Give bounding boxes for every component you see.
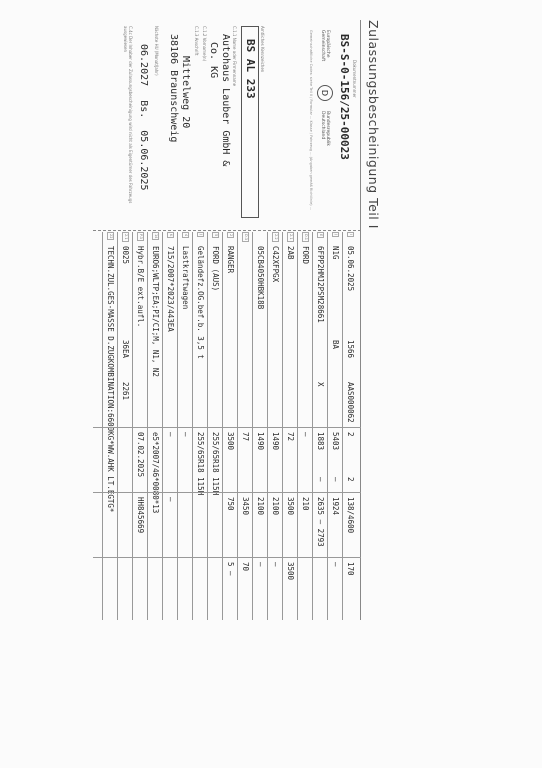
- cell-code: K: [167, 232, 174, 238]
- cell-r3: 3450: [238, 497, 252, 515]
- cell-r1: 1490: [253, 432, 267, 450]
- cell-code: I: [347, 232, 354, 237]
- cell-r4: 3500: [283, 562, 297, 580]
- table-row: 2.12AB7235003500: [282, 232, 297, 620]
- cell-c3: X: [313, 382, 327, 387]
- cell-r1: 72: [283, 432, 297, 441]
- table-row: K715/2007*2023/443EA––: [162, 232, 177, 620]
- cell-r4: –: [328, 562, 342, 567]
- cell-r1: –: [163, 432, 177, 437]
- cell-r4: 170: [343, 562, 357, 576]
- ownership-note: C.4c Der Inhaber der Zulassungsbescheini…: [123, 26, 133, 216]
- cell-r1: 07.02.2025: [133, 432, 147, 477]
- table-row: D.377345070: [237, 232, 252, 620]
- table-row: D.1FORD–210: [297, 232, 312, 620]
- cell-left: Lastkraftwagen: [178, 246, 192, 309]
- table-row: 22TECHN.ZUL.GES-MASSE D.ZUGKOMBINATION:6…: [102, 232, 117, 620]
- cell-r1: 2: [343, 432, 357, 437]
- column-divider: [93, 492, 361, 493]
- cell-r4: 5 –: [223, 562, 237, 576]
- cell-code: 2.2: [272, 232, 279, 242]
- column-divider: [93, 427, 361, 428]
- cell-r3: 750: [223, 497, 237, 511]
- cell-left: 2AB: [283, 246, 297, 260]
- column-divider: [93, 557, 361, 558]
- cell-left: FORD (AUS): [208, 246, 222, 291]
- cell-code: J: [332, 232, 339, 237]
- reference-number: BS-S-0-156/25-00023: [338, 34, 351, 160]
- cell-r3: 2100: [253, 497, 267, 515]
- document-title: Zulassungsbescheinigung Teil I: [366, 20, 381, 229]
- holder-name-label: C.1.1 Name oder Firmenname: [232, 26, 237, 86]
- cell-left: RANGER: [223, 246, 237, 273]
- cell-r2: 2: [343, 477, 357, 482]
- table-row: P.3Hybr.B/E ext.aufl.07.02.2025HH845669: [132, 232, 147, 620]
- table-row: 05CB4050HBK18B14902100–: [252, 232, 267, 620]
- first-name-label: C.1.2 Vorname(n): [202, 26, 207, 61]
- holder-name: Autohaus Lauber GmbH & Co. KG: [207, 34, 231, 166]
- table-row: 14EURO6;WLTP;EA;PI/CI;M, N1, N2e5*2007/4…: [147, 232, 162, 620]
- reference-label: Dokumentnummer: [352, 60, 357, 98]
- table-row: I05.06.20251566AAS00006222138/4600170: [342, 232, 357, 620]
- cell-left: Geländefz.OG.bef.b. 3,5 t: [193, 246, 207, 359]
- cell-r4: –: [268, 562, 282, 567]
- next-inspection-label: Nächste HU (Monat/Jahr): [154, 26, 159, 76]
- cell-r1: 5403: [328, 432, 342, 450]
- holder-panel: Dokumentnummer BS-S-0-156/25-00023 Europ…: [93, 20, 363, 230]
- table-row: 2.1002536EA2261: [117, 232, 132, 620]
- issue-date: 05.06.2025: [138, 130, 149, 190]
- cell-left: 0025: [118, 246, 132, 264]
- cell-left: Hybr.B/E ext.aufl.: [133, 246, 147, 327]
- cell-r3: 210: [298, 497, 312, 511]
- cell-code: P.3: [137, 232, 144, 241]
- cell-r3: –: [163, 497, 177, 502]
- cell-r4: –: [253, 562, 267, 567]
- vehicle-data-table: I05.06.20251566AAS00006222138/4600170JN1…: [93, 232, 361, 620]
- cell-r2: –: [328, 477, 342, 482]
- plate-label: Amtliches Kennzeichen: [260, 26, 265, 72]
- address-label: C.1.3 Anschrift: [194, 26, 199, 55]
- cell-c2: BA: [328, 340, 342, 349]
- cell-code: 2.1: [122, 232, 129, 242]
- cell-c2: 36EA: [118, 340, 132, 358]
- address-line-1: Mittelweg 20: [179, 56, 191, 142]
- table-row: 2.2C42XFPGX14902100–: [267, 232, 282, 620]
- issue-place: Bs.: [138, 100, 149, 118]
- cell-code: 14: [152, 232, 159, 240]
- cell-left: 05.06.2025: [343, 246, 357, 291]
- license-plate: BS AL 233: [241, 26, 259, 218]
- cell-r3: 2635 – 2793: [313, 497, 327, 547]
- cell-r1: –: [298, 432, 312, 437]
- cell-r3: 2100: [268, 497, 282, 515]
- cell-left: TECHN.ZUL.GES-MASSE D.ZUGKOMBINATION:660…: [103, 246, 117, 512]
- table-row: 5FORD (AUS)255/65R18 115H: [207, 232, 222, 620]
- holder-line-2: Co. KG: [207, 34, 219, 166]
- cell-left: EURO6;WLTP;EA;PI/CI;M, N1, N2: [148, 246, 162, 377]
- table-row: E6FPP2HMJ2PSM28661X1883–2635 – 2793: [312, 232, 327, 620]
- cell-code: J: [197, 232, 204, 237]
- cell-code: 22: [107, 232, 114, 240]
- cell-c3: 2261: [118, 382, 132, 400]
- holder-address: Mittelweg 20 38106 Braunschweig: [167, 56, 191, 142]
- cell-c2: 1566: [343, 340, 357, 358]
- cell-code: D.1: [302, 232, 309, 242]
- perforation-line: [93, 230, 361, 231]
- cell-r1: 1883: [313, 432, 327, 450]
- cell-r3: HH845669: [133, 497, 147, 533]
- next-inspection: 06.2027: [138, 44, 149, 86]
- cell-r3: 138/4600: [343, 497, 357, 533]
- holder-line-1: Autohaus Lauber GmbH &: [219, 34, 231, 166]
- cell-c3: AAS000062: [343, 382, 357, 423]
- country-left-text: Europäische Gemeinschaft: [320, 30, 330, 75]
- cell-r3: 3500: [283, 497, 297, 515]
- cell-r1: –: [178, 432, 192, 437]
- country-mark: Europäische Gemeinschaft D Bundesrepubli…: [317, 30, 333, 156]
- cell-r1: 77: [238, 432, 252, 441]
- cell-code: 2.1: [287, 232, 294, 242]
- cell-code: D.3: [242, 232, 249, 242]
- cell-r2: –: [313, 477, 327, 482]
- cell-code: 5: [212, 232, 219, 238]
- table-row: JN1GBA5403–1924–: [327, 232, 342, 620]
- inspection-and-issue: 06.2027 Bs. 05.06.2025: [138, 44, 149, 191]
- table-row: 2RANGER35007505 –: [222, 232, 237, 620]
- cell-r1: 1490: [268, 432, 282, 450]
- cell-left: FORD: [298, 246, 312, 264]
- table-row: 4Lastkraftwagen–: [177, 232, 192, 620]
- cell-code: 4: [182, 232, 189, 238]
- cell-r3: 1924: [328, 497, 342, 515]
- cell-left: C42XFPGX: [268, 246, 282, 282]
- table-row: JGeländefz.OG.bef.b. 3,5 t255/65R18 115H: [192, 232, 207, 620]
- fine-print: Gemeinschaftliche Codes: siehe Teil II /…: [309, 30, 314, 220]
- cell-left: 715/2007*2023/443EA: [163, 246, 177, 332]
- cell-r4: 70: [238, 562, 252, 571]
- cell-code: E: [317, 232, 324, 238]
- cell-code: 2: [227, 232, 234, 238]
- cell-r1: 255/65R18 115H: [193, 432, 207, 495]
- address-line-2: 38106 Braunschweig: [167, 34, 179, 142]
- cell-r1: 255/65R18 115H: [208, 432, 222, 495]
- cell-left: 05CB4050HBK18B: [253, 246, 267, 309]
- cell-left: 6FPP2HMJ2PSM28661: [313, 246, 327, 323]
- registration-document: Zulassungsbescheinigung Teil I Dokumentn…: [93, 20, 383, 620]
- country-right-text: Bundesrepublik Deutschland: [320, 111, 330, 156]
- country-code-icon: D: [317, 85, 333, 101]
- cell-r1: e5*2007/46*0080*13: [148, 432, 162, 513]
- cell-left: N1G: [328, 246, 342, 260]
- cell-r1: 3500: [223, 432, 237, 450]
